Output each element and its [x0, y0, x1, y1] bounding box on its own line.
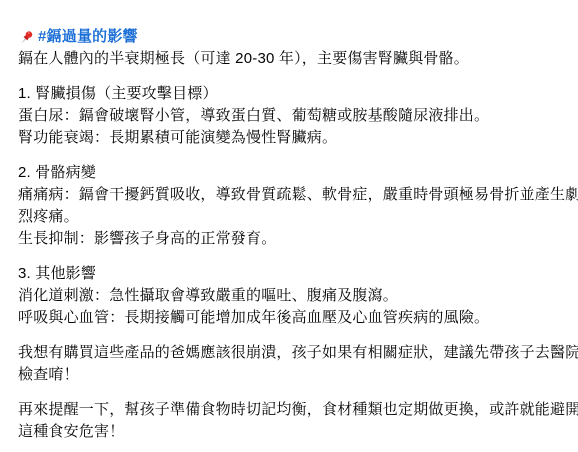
text-line: 呼吸與心血管：長期接觸可能增加成年後高血壓及心血管疾病的風險。 — [18, 307, 572, 329]
text-line: 鎘在人體內的半衰期極長（可達 20-30 年），主要傷害腎臟與骨骼。 — [18, 48, 572, 70]
section-bone: 2. 骨骼病變 痛痛病：鎘會干擾鈣質吸收，導致骨質疏鬆、軟骨症，嚴重時骨頭極易骨… — [18, 162, 572, 250]
text-line: 生長抑制：影響孩子身高的正常發育。 — [18, 228, 572, 250]
title-block: #鎘過量的影響 鎘在人體內的半衰期極長（可達 20-30 年），主要傷害腎臟與骨… — [18, 26, 572, 70]
hashtag-link[interactable]: #鎘過量的影響 — [38, 26, 138, 48]
section-heading: 2. 骨骼病變 — [18, 162, 572, 184]
section-kidney: 1. 腎臟損傷（主要攻擊目標） 蛋白尿：鎘會破壞腎小管，導致蛋白質、葡萄糖或胺基… — [18, 83, 572, 149]
section-heading: 3. 其他影響 — [18, 263, 572, 285]
text-line: 我想有購買這些產品的爸媽應該很崩潰，孩子如果有相關症狀，建議先帶孩子去醫院 — [18, 342, 572, 364]
pushpin-needle — [22, 38, 27, 43]
section-heading: 1. 腎臟損傷（主要攻擊目標） — [18, 83, 572, 105]
text-line: 這種食安危害！ — [18, 421, 572, 443]
text-line: 烈疼痛。 — [18, 206, 572, 228]
pushpin-icon — [18, 29, 35, 46]
text-line: 消化道刺激：急性攝取會導致嚴重的嘔吐、腹痛及腹瀉。 — [18, 285, 572, 307]
post-title-line: #鎘過量的影響 — [18, 26, 572, 48]
text-line: 再來提醒一下，幫孩子準備食物時切記均衡，食材種類也定期做更換，或許就能避開 — [18, 399, 572, 421]
paragraph-reminder: 再來提醒一下，幫孩子準備食物時切記均衡，食材種類也定期做更換，或許就能避開 這種… — [18, 399, 572, 443]
text-line: 腎功能衰竭：長期累積可能演變為慢性腎臟病。 — [18, 127, 572, 149]
post-text: #鎘過量的影響 鎘在人體內的半衰期極長（可達 20-30 年），主要傷害腎臟與骨… — [0, 0, 578, 443]
section-other: 3. 其他影響 消化道刺激：急性攝取會導致嚴重的嘔吐、腹痛及腹瀉。 呼吸與心血管… — [18, 263, 572, 329]
text-line: 痛痛病：鎘會干擾鈣質吸收，導致骨質疏鬆、軟骨症，嚴重時骨頭極易骨折並產生劇 — [18, 184, 572, 206]
paragraph-advice: 我想有購買這些產品的爸媽應該很崩潰，孩子如果有相關症狀，建議先帶孩子去醫院 檢查… — [18, 342, 572, 386]
text-line: 蛋白尿：鎘會破壞腎小管，導致蛋白質、葡萄糖或胺基酸隨尿液排出。 — [18, 105, 572, 127]
text-line: 檢查唷！ — [18, 364, 572, 386]
